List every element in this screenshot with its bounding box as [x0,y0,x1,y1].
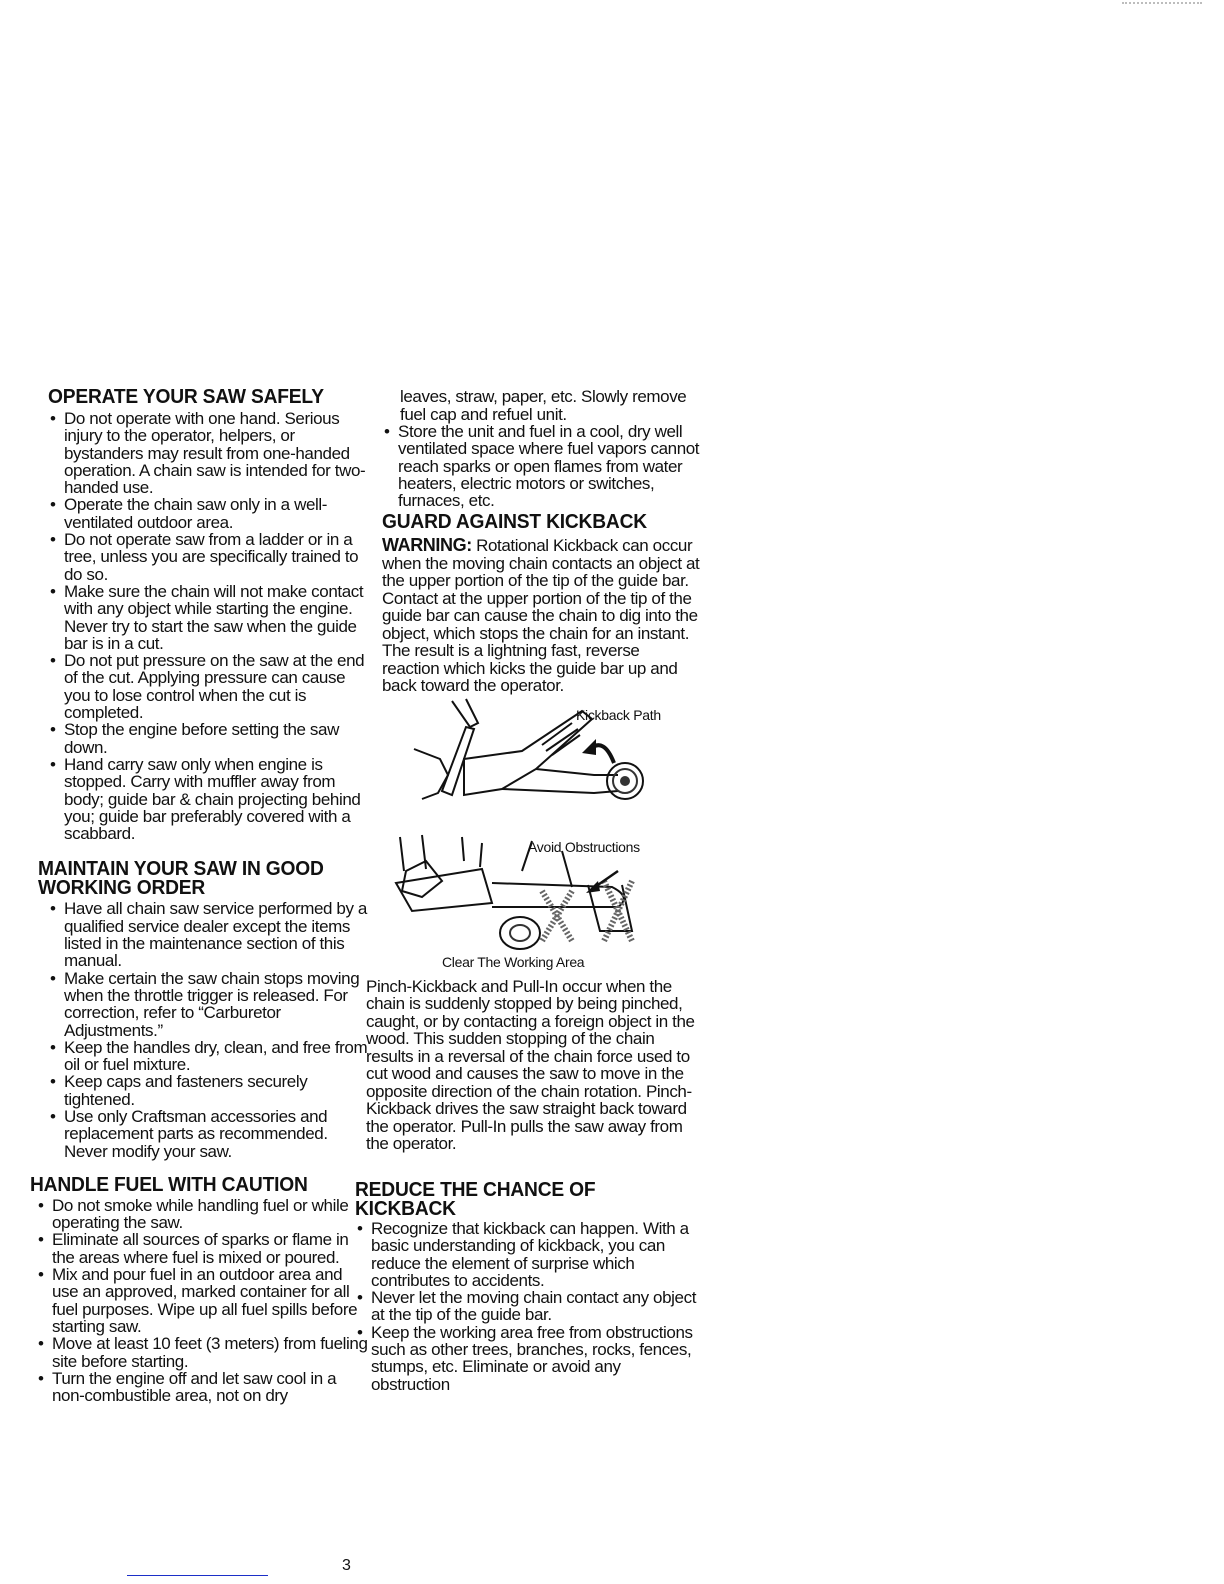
list-item: Recognize that kickback can happen. With… [345,1220,700,1289]
reduce-kickback-list: Recognize that kickback can happen. With… [345,1220,700,1393]
list-item: Never let the moving chain contact any o… [345,1289,700,1324]
section-fuel-continued: leaves, straw, paper, etc. Slowly remove… [355,388,700,509]
heading-kickback: GUARD AGAINST KICKBACK [382,513,687,532]
fuel-continued-text: leaves, straw, paper, etc. Slowly remove… [355,388,700,423]
list-item: Mix and pour fuel in an outdoor area and… [26,1266,368,1335]
page-number: 3 [342,1557,351,1575]
list-item: Use only Craftsman accessories and repla… [38,1108,368,1160]
list-item: Hand carry saw only when engine is stopp… [38,756,368,842]
list-item: Make certain the saw chain stops moving … [38,970,368,1039]
footer-rule [127,1575,268,1576]
left-column: OPERATE YOUR SAW SAFELY Do not operate w… [38,388,368,1404]
list-item: Have all chain saw service performed by … [38,900,368,969]
right-column: leaves, straw, paper, etc. Slowly remove… [355,388,700,1393]
avoid-obstructions-label: Avoid Obstructions [528,839,640,855]
list-item: Make sure the chain will not make contac… [38,583,368,652]
kickback-path-label: Kickback Path [576,707,661,723]
list-item: Keep the working area free from obstruct… [345,1324,700,1393]
kickback-path-figure: Kickback Path [382,697,702,817]
section-reduce-kickback: REDUCE THE CHANCE OF KICKBACK Recognize … [355,1181,700,1393]
warning-label: WARNING: [382,535,472,555]
pinch-kickback-text: Pinch-Kickback and Pull-In occur when th… [366,978,696,1153]
heading-operate-safely: OPERATE YOUR SAW SAFELY [48,388,355,407]
list-item: Do not put pressure on the saw at the en… [38,652,368,721]
section-kickback: GUARD AGAINST KICKBACK WARNING: Rotation… [355,513,700,1153]
heading-maintain: MAINTAIN YOUR SAW IN GOOD WORKING ORDER [38,860,355,898]
operate-safely-list: Do not operate with one hand. Serious in… [38,410,368,842]
list-item: Keep the handles dry, clean, and free fr… [38,1039,368,1074]
list-item: Move at least 10 feet (3 meters) from fu… [26,1335,368,1370]
maintain-list: Have all chain saw service performed by … [38,900,368,1159]
heading-fuel: HANDLE FUEL WITH CAUTION [30,1176,354,1195]
scan-artifact [1122,2,1202,6]
list-item: Operate the chain saw only in a well-ven… [38,496,368,531]
list-item: Turn the engine off and let saw cool in … [26,1370,368,1405]
avoid-obstructions-figure: Avoid Obstructions Clear The Working Are… [382,831,702,971]
fuel-list: Do not smoke while handling fuel or whil… [26,1197,368,1405]
list-item: Store the unit and fuel in a cool, dry w… [372,423,700,509]
section-operate-safely: OPERATE YOUR SAW SAFELY Do not operate w… [38,388,368,842]
clear-working-area-caption: Clear The Working Area [442,954,584,970]
list-item: Keep caps and fasteners securely tighten… [38,1073,368,1108]
list-item: Do not operate saw from a ladder or in a… [38,531,368,583]
warning-text: Rotational Kickback can occur when the m… [382,536,699,695]
list-item: Eliminate all sources of sparks or flame… [26,1231,368,1266]
list-item: Do not smoke while handling fuel or whil… [26,1197,368,1232]
section-fuel: HANDLE FUEL WITH CAUTION Do not smoke wh… [38,1176,368,1405]
section-maintain: MAINTAIN YOUR SAW IN GOOD WORKING ORDER … [38,860,368,1159]
kickback-warning: WARNING: Rotational Kickback can occur w… [382,537,700,695]
fuel-continued-list: Store the unit and fuel in a cool, dry w… [372,423,700,509]
list-item: Do not operate with one hand. Serious in… [38,410,368,496]
list-item: Stop the engine before setting the saw d… [38,721,368,756]
heading-reduce-kickback: REDUCE THE CHANCE OF KICKBACK [355,1181,624,1219]
